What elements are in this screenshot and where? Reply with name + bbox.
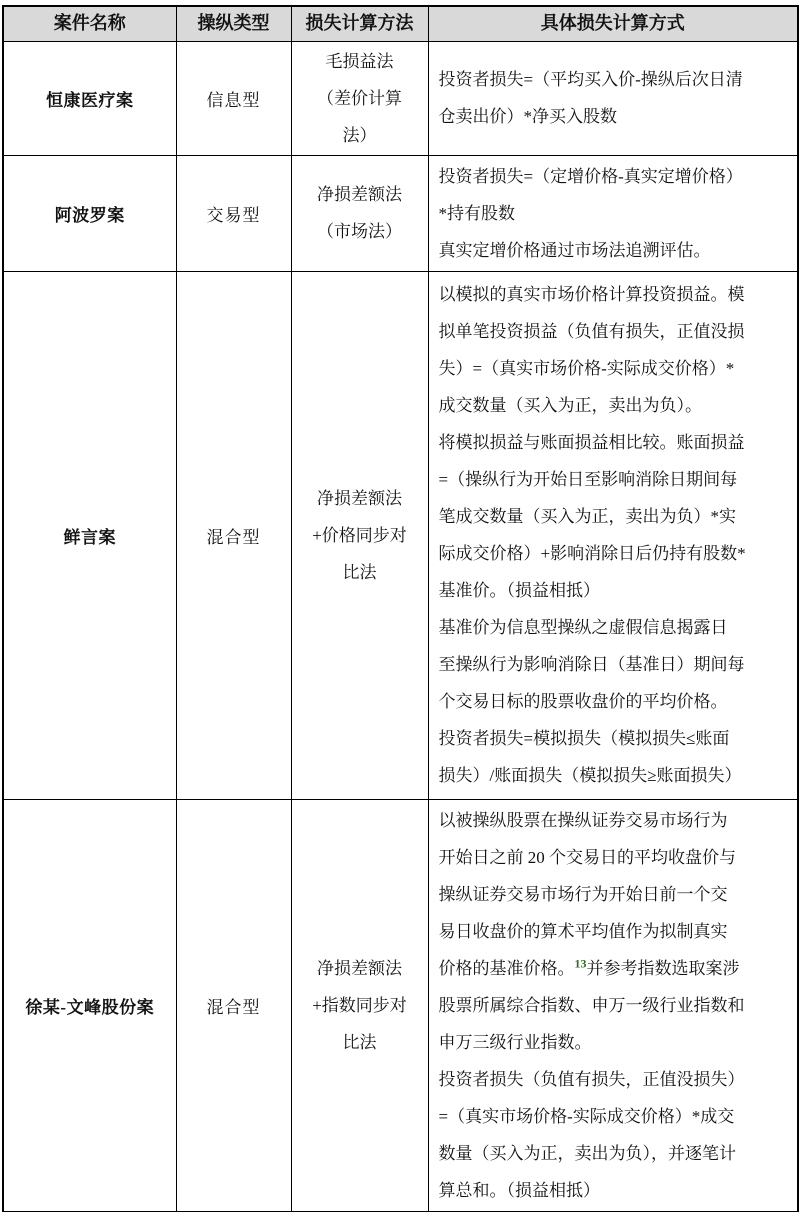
detail-paragraph: 投资者损失=模拟损失（模拟损失≤账面 损失）/账面损失（模拟损失≥账面损失）	[439, 720, 792, 794]
detail-text: 以被操纵股票在操纵证券交易市场行为 开始日之前 20 个交易日的平均收盘价与 操…	[439, 811, 737, 978]
document-page: 案件名称 操纵类型 损失计算方法 具体损失计算方式 恒康医疗案 信息型 毛损益法…	[0, 0, 800, 1212]
header-row: 案件名称 操纵类型 损失计算方法 具体损失计算方式	[3, 6, 798, 41]
loss-calculation-table: 案件名称 操纵类型 损失计算方法 具体损失计算方式 恒康医疗案 信息型 毛损益法…	[2, 5, 799, 1212]
table-row-xumou-wenfeng: 徐某-文峰股份案 混合型 净损差额法 +指数同步对 比法 以被操纵股票在操纵证券…	[3, 799, 798, 1212]
footnote-ref-13: 13	[575, 956, 587, 970]
loss-method: 毛损益法 （差价计算 法）	[291, 41, 428, 155]
case-name: 徐某-文峰股份案	[3, 799, 176, 1212]
loss-detail-cell: 以被操纵股票在操纵证券交易市场行为 开始日之前 20 个交易日的平均收盘价与 操…	[428, 799, 798, 1212]
case-name: 鲜言案	[3, 271, 176, 799]
manipulation-type: 混合型	[176, 799, 291, 1212]
detail-paragraph: 投资者损失（负值有损失，正值没损失） =（真实市场价格-实际成交价格）*成交 数…	[439, 1061, 792, 1209]
manipulation-type: 交易型	[176, 155, 291, 271]
loss-method: 净损差额法 （市场法）	[291, 155, 428, 271]
detail-paragraph: 以被操纵股票在操纵证券交易市场行为 开始日之前 20 个交易日的平均收盘价与 操…	[439, 802, 792, 1061]
case-name: 阿波罗案	[3, 155, 176, 271]
detail-paragraph: 投资者损失=（平均买入价-操纵后次日清 仓卖出价）*净买入股数	[439, 61, 792, 135]
col-header-loss-detail: 具体损失计算方式	[428, 6, 798, 41]
loss-detail-cell: 以模拟的真实市场价格计算投资损益。模 拟单笔投资损益（负值有损失，正值没损 失）…	[428, 271, 798, 799]
loss-detail-cell: 投资者损失=（定增价格-真实定增价格） *持有股数 真实定增价格通过市场法追溯评…	[428, 155, 798, 271]
detail-paragraph: 真实定增价格通过市场法追溯评估。	[439, 232, 792, 269]
loss-method: 净损差额法 +价格同步对 比法	[291, 271, 428, 799]
col-header-manipulation-type: 操纵类型	[176, 6, 291, 41]
detail-paragraph: 投资者损失=（定增价格-真实定增价格） *持有股数	[439, 158, 792, 232]
manipulation-type: 信息型	[176, 41, 291, 155]
loss-detail-cell: 投资者损失=（平均买入价-操纵后次日清 仓卖出价）*净买入股数	[428, 41, 798, 155]
detail-paragraph: 以模拟的真实市场价格计算投资损益。模 拟单笔投资损益（负值有损失，正值没损 失）…	[439, 276, 792, 424]
table-row-hengkang: 恒康医疗案 信息型 毛损益法 （差价计算 法） 投资者损失=（平均买入价-操纵后…	[3, 41, 798, 155]
table-row-apollo: 阿波罗案 交易型 净损差额法 （市场法） 投资者损失=（定增价格-真实定增价格）…	[3, 155, 798, 271]
manipulation-type: 混合型	[176, 271, 291, 799]
detail-paragraph: 将模拟损益与账面损益相比较。账面损益 =（操纵行为开始日至影响消除日期间每 笔成…	[439, 424, 792, 609]
table-row-xianyan: 鲜言案 混合型 净损差额法 +价格同步对 比法 以模拟的真实市场价格计算投资损益…	[3, 271, 798, 799]
col-header-loss-method: 损失计算方法	[291, 6, 428, 41]
case-name: 恒康医疗案	[3, 41, 176, 155]
loss-method: 净损差额法 +指数同步对 比法	[291, 799, 428, 1212]
col-header-case-name: 案件名称	[3, 6, 176, 41]
detail-paragraph: 基准价为信息型操纵之虚假信息揭露日 至操纵行为影响消除日（基准日）期间每 个交易…	[439, 609, 792, 720]
